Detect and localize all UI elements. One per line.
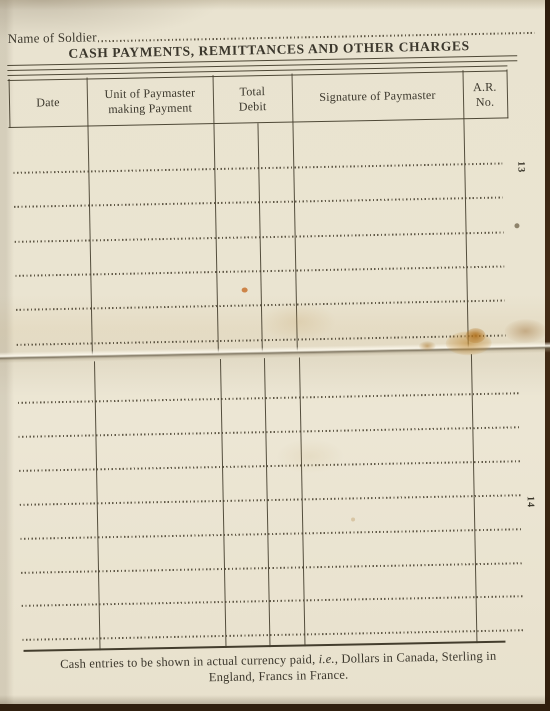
column-header-total-debit: Total Debit	[213, 75, 293, 124]
column-header-date: Date	[9, 79, 88, 127]
rust-speck	[242, 287, 248, 292]
page-number-13: 13	[515, 161, 526, 173]
ruled-entry-line	[19, 460, 520, 472]
photo-background: Name of Soldier CASH PAYMENTS, REMITTANC…	[0, 0, 550, 711]
ruled-entry-line	[20, 494, 521, 506]
body-divider-date-unit	[94, 361, 101, 650]
ruled-entry-line	[18, 392, 519, 404]
body-divider-total-split	[264, 358, 271, 647]
ink-speck	[514, 223, 519, 228]
faint-stain	[277, 439, 344, 474]
column-header-unit-of-paymaster: Unit of Paymaster making Payment	[87, 76, 214, 125]
name-of-soldier-label: Name of Soldier	[8, 29, 97, 47]
footer-ie-abbreviation: i.e.	[319, 652, 335, 666]
ruled-entry-line	[22, 596, 523, 608]
payments-table: Date Unit of Paymaster making Payment To…	[0, 0, 538, 5]
column-header-ar-no: A.R. No.	[462, 70, 507, 118]
body-divider-total-signature	[299, 357, 306, 646]
ruled-entry-line	[20, 528, 521, 540]
ruled-entry-line	[21, 562, 522, 574]
body-divider-unit-total	[220, 359, 227, 648]
ruled-entry-line	[18, 426, 519, 438]
page-content: Name of Soldier CASH PAYMENTS, REMITTANC…	[0, 0, 550, 709]
entry-rows-upper	[0, 0, 538, 5]
column-header-signature-of-paymaster: Signature of Paymaster	[292, 71, 464, 121]
ruled-entry-line	[22, 630, 523, 642]
body-divider-signature-ar	[471, 354, 478, 643]
faint-stain	[261, 302, 336, 341]
faint-speck	[351, 517, 355, 521]
fold-edge-stain	[504, 319, 546, 344]
page-number-14: 14	[525, 496, 536, 508]
footer-note: Cash entries to be shown in actual curre…	[31, 648, 527, 689]
table-border-right	[506, 69, 508, 118]
entry-rows-lower	[0, 0, 538, 5]
paybook-page: Name of Soldier CASH PAYMENTS, REMITTANC…	[0, 0, 545, 704]
